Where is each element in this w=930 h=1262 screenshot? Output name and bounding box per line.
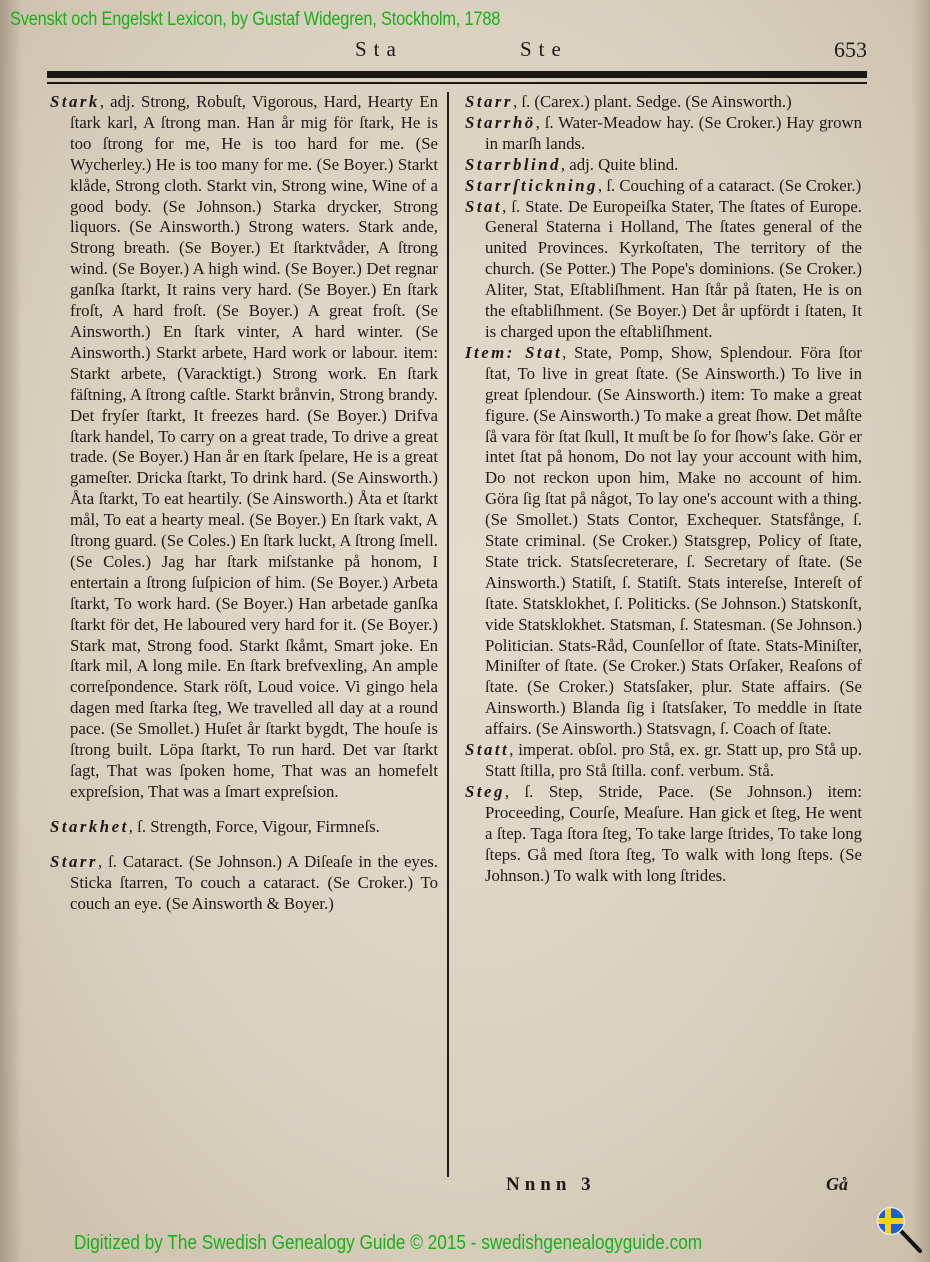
left-column: Stark, adj. Strong, Robuſt, Vigorous, Ha…	[50, 92, 438, 914]
signature-mark: Nnnn 3	[506, 1174, 596, 1196]
entry-definition: , ſ. State. De Europeiſka Stater, The ſt…	[485, 197, 862, 341]
dictionary-entry: Starrhö, ſ. Water-Meadow hay. (Se Croker…	[465, 113, 862, 155]
dictionary-entry: Statt, imperat. obſol. pro Stå, ex. gr. …	[465, 740, 862, 782]
column-divider	[447, 92, 449, 1177]
header-rule-thick	[47, 71, 867, 78]
entry-headword: Starr	[50, 852, 98, 871]
entry-headword: Starkhet	[50, 817, 129, 836]
entry-headword: Starr	[465, 92, 513, 111]
dictionary-entry: Starrblind, adj. Quite blind.	[465, 155, 862, 176]
entry-headword: Steg	[465, 782, 505, 801]
catchword: Gå	[826, 1174, 848, 1195]
entry-definition: , ſ. (Carex.) plant. Sedge. (Se Ainswort…	[513, 92, 792, 111]
entry-definition: , ſ. Water-Meadow hay. (Se Croker.) Hay …	[485, 113, 862, 153]
watermark-credit: Digitized by The Swedish Genealogy Guide…	[74, 1232, 702, 1255]
dictionary-entry: Steg, ſ. Step, Stride, Pace. (Se Johnson…	[465, 782, 862, 887]
page-edge-shadow-right	[912, 0, 930, 1262]
entry-definition: , adj. Quite blind.	[561, 155, 678, 174]
dictionary-entry: Stark, adj. Strong, Robuſt, Vigorous, Ha…	[50, 92, 438, 803]
entry-definition: , ſ. Step, Stride, Pace. (Se Johnson.) i…	[485, 782, 862, 885]
entry-definition: , ſ. Strength, Force, Vigour, Firmneſs.	[129, 817, 380, 836]
watermark-title: Svenskt och Engelskt Lexicon, by Gustaf …	[10, 9, 500, 31]
entry-headword: Stat	[465, 197, 502, 216]
dictionary-entry: Stat, ſ. State. De Europeiſka Stater, Th…	[465, 197, 862, 343]
entry-headword: Starrblind	[465, 155, 561, 174]
entry-headword: Stark	[50, 92, 100, 111]
entry-headword: Starrſtickning	[465, 176, 598, 195]
page-edge-shadow-left	[0, 0, 22, 1262]
entry-headword: Statt	[465, 740, 509, 759]
right-column: Starr, ſ. (Carex.) plant. Sedge. (Se Ain…	[465, 92, 862, 886]
dictionary-entry: Starr, ſ. (Carex.) plant. Sedge. (Se Ain…	[465, 92, 862, 113]
dictionary-entry: Starkhet, ſ. Strength, Force, Vigour, Fi…	[50, 817, 438, 838]
running-head-left: Sta	[355, 37, 403, 62]
entry-definition: , ſ. Couching of a cataract. (Se Croker.…	[598, 176, 861, 195]
running-head-right: Ste	[520, 37, 568, 62]
dictionary-entry: Starrſtickning, ſ. Couching of a catarac…	[465, 176, 862, 197]
entry-definition: , adj. Strong, Robuſt, Vigorous, Hard, H…	[70, 92, 438, 801]
entry-headword: Item: Stat	[465, 343, 562, 362]
entry-definition: , imperat. obſol. pro Stå, ex. gr. Statt…	[485, 740, 862, 780]
magnifier-swedish-flag-icon[interactable]	[874, 1204, 926, 1256]
entry-headword: Starrhö	[465, 113, 536, 132]
entry-definition: , State, Pomp, Show, Splendour. Föra ſto…	[485, 343, 862, 738]
dictionary-entry: Item: Stat, State, Pomp, Show, Splendour…	[465, 343, 862, 740]
entry-definition: , ſ. Cataract. (Se Johnson.) A Diſeaſe i…	[70, 852, 438, 913]
dictionary-entry: Starr, ſ. Cataract. (Se Johnson.) A Diſe…	[50, 852, 438, 915]
page-number: 653	[834, 37, 867, 63]
header-rule-thin	[47, 82, 867, 84]
